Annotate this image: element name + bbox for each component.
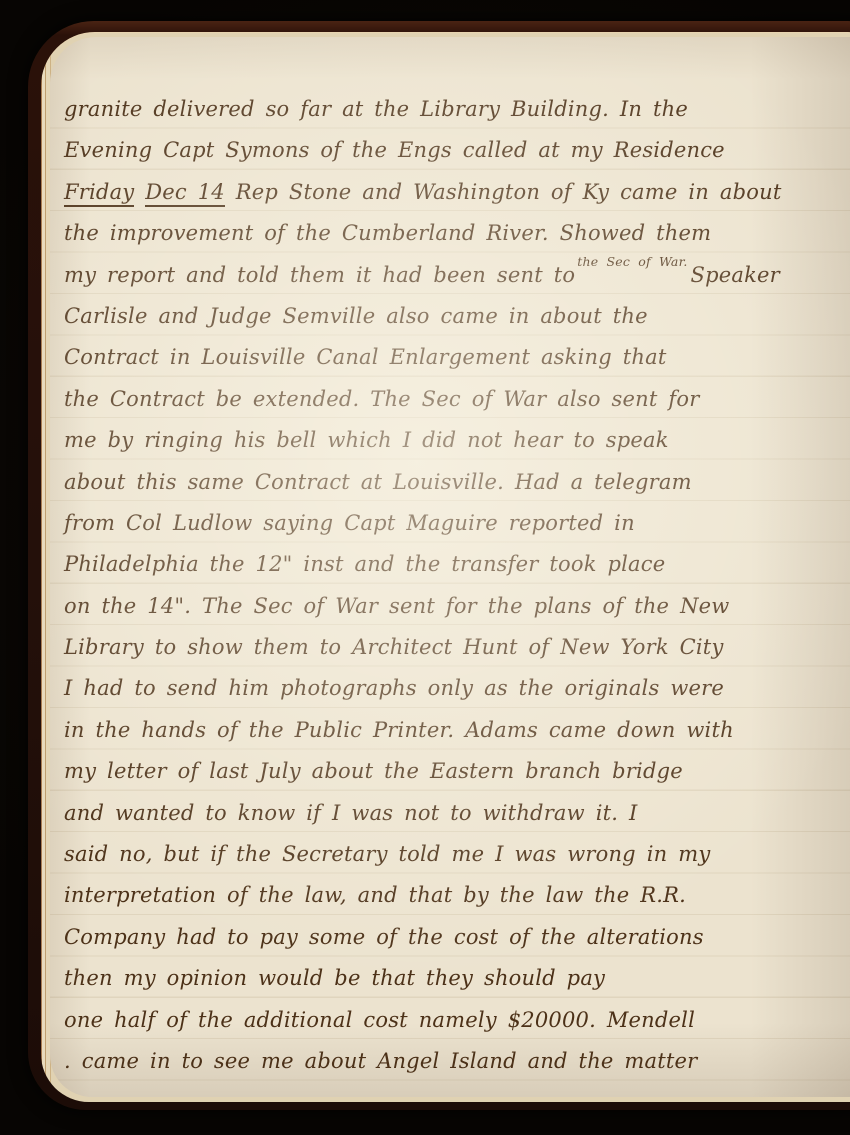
manuscript-text-segment: one half of the additional cost namely $… bbox=[64, 1008, 695, 1032]
manuscript-text-segment: Evening Capt Symons of the Engs called a… bbox=[64, 138, 725, 162]
manuscript-text-segment: then my opinion would be that they shoul… bbox=[64, 966, 605, 990]
diary-page: granite delivered so far at the Library … bbox=[50, 37, 850, 1097]
manuscript-line: Friday Dec 14 Rep Stone and Washington o… bbox=[64, 172, 840, 213]
manuscript-line: Library to show them to Architect Hunt o… bbox=[64, 627, 840, 668]
manuscript-text-segment: said no, but if the Secretary told me I … bbox=[64, 842, 710, 866]
manuscript-line: . came in to see me about Angel Island a… bbox=[64, 1041, 840, 1082]
manuscript-line: granite delivered so far at the Library … bbox=[64, 89, 840, 130]
manuscript-text-segment: Speaker bbox=[691, 263, 780, 287]
manuscript-line: then my opinion would be that they shoul… bbox=[64, 958, 840, 999]
manuscript-text-segment: my report and told them it had been sent… bbox=[64, 263, 575, 287]
manuscript-line: said no, but if the Secretary told me I … bbox=[64, 834, 840, 875]
manuscript-text-segment: from Col Ludlow saying Capt Maguire repo… bbox=[64, 511, 635, 535]
manuscript-line: Evening Capt Symons of the Engs called a… bbox=[64, 130, 840, 171]
manuscript-line: about this same Contract at Louisville. … bbox=[64, 462, 840, 503]
manuscript-text-segment: interpretation of the law, and that by t… bbox=[64, 883, 686, 907]
manuscript-line: the Contract be extended. The Sec of War… bbox=[64, 379, 840, 420]
manuscript-line: me by ringing his bell which I did not h… bbox=[64, 420, 840, 461]
manuscript-text-segment: Company had to pay some of the cost of t… bbox=[64, 925, 704, 949]
manuscript-text-segment: and wanted to know if I was not to withd… bbox=[64, 801, 638, 825]
manuscript-line: my letter of last July about the Eastern… bbox=[64, 751, 840, 792]
manuscript-text-segment: on the 14". The Sec of War sent for the … bbox=[64, 594, 729, 618]
manuscript-text-segment: Library to show them to Architect Hunt o… bbox=[64, 635, 724, 659]
manuscript-line: and wanted to know if I was not to withd… bbox=[64, 793, 840, 834]
manuscript-text-segment: Dec 14 bbox=[145, 180, 225, 207]
manuscript-text-segment: my letter of last July about the Eastern… bbox=[64, 759, 683, 783]
manuscript-line: interpretation of the law, and that by t… bbox=[64, 875, 840, 916]
manuscript-text-segment bbox=[134, 180, 145, 204]
manuscript-text-segment: Rep Stone and Washington of Ky came in a… bbox=[225, 180, 782, 204]
manuscript-line: on the 14". The Sec of War sent for the … bbox=[64, 586, 840, 627]
manuscript-text-segment: . came in to see me about Angel Island a… bbox=[64, 1049, 697, 1073]
manuscript-text-segment: me by ringing his bell which I did not h… bbox=[64, 428, 669, 452]
interlinear-insertion: the Sec of War. bbox=[577, 256, 687, 268]
manuscript-text-segment: Carlisle and Judge Semville also came in… bbox=[64, 304, 648, 328]
manuscript-text-segment: the improvement of the Cumberland River.… bbox=[64, 221, 711, 245]
manuscript-line: Company had to pay some of the cost of t… bbox=[64, 917, 840, 958]
manuscript-line: Philadelphia the 12" inst and the transf… bbox=[64, 544, 840, 585]
manuscript-line: Carlisle and Judge Semville also came in… bbox=[64, 296, 840, 337]
manuscript-line: the improvement of the Cumberland River.… bbox=[64, 213, 840, 254]
manuscript-text-segment: the Contract be extended. The Sec of War… bbox=[64, 387, 699, 411]
manuscript-line: Contract in Louisville Canal Enlargement… bbox=[64, 337, 840, 378]
manuscript-text-segment: I had to send him photographs only as th… bbox=[64, 676, 724, 700]
manuscript-text-segment: about this same Contract at Louisville. … bbox=[64, 470, 692, 494]
manuscript-line: one half of the additional cost namely $… bbox=[64, 1000, 840, 1041]
manuscript-text-segment: Friday bbox=[64, 180, 134, 207]
manuscript-text: granite delivered so far at the Library … bbox=[64, 89, 840, 1082]
manuscript-line: my report and told them it had been sent… bbox=[64, 255, 840, 296]
manuscript-text-segment: in the hands of the Public Printer. Adam… bbox=[64, 718, 734, 742]
manuscript-line: from Col Ludlow saying Capt Maguire repo… bbox=[64, 503, 840, 544]
photo-background: granite delivered so far at the Library … bbox=[0, 0, 850, 1135]
manuscript-line: I had to send him photographs only as th… bbox=[64, 668, 840, 709]
manuscript-text-segment: granite delivered so far at the Library … bbox=[64, 97, 688, 121]
manuscript-line: in the hands of the Public Printer. Adam… bbox=[64, 710, 840, 751]
manuscript-text-segment: Philadelphia the 12" inst and the transf… bbox=[64, 552, 665, 576]
manuscript-text-segment: Contract in Louisville Canal Enlargement… bbox=[64, 345, 666, 369]
